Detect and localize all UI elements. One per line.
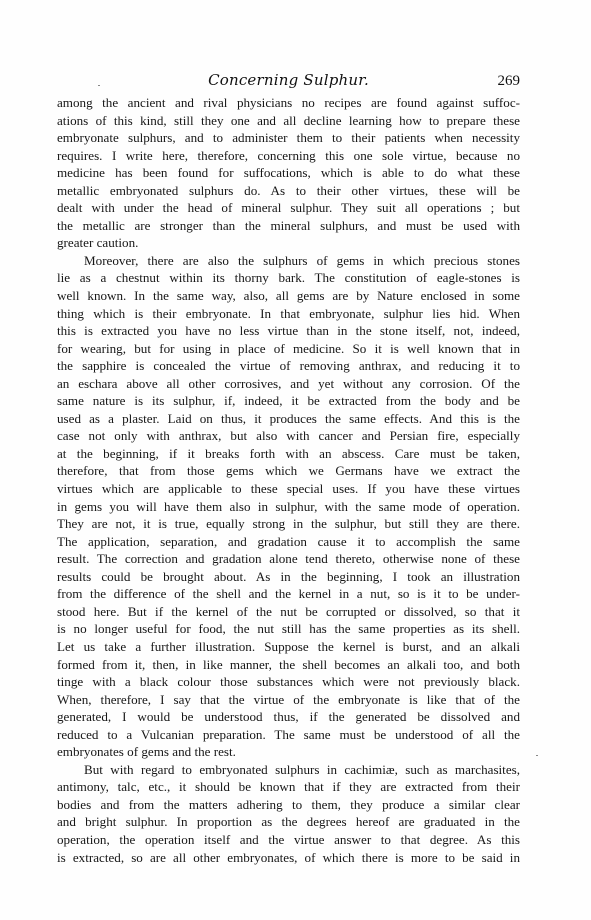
text-line: for wearing, but for using in place of m…	[57, 340, 520, 358]
text-line: from the difference of the shell and the…	[57, 585, 520, 603]
text-line: When, therefore, I say that the virtue o…	[57, 691, 520, 709]
book-page: Concerning Sulphur. 269 among the ancien…	[0, 0, 591, 920]
text-line: embryonates of gems and the rest.	[57, 743, 520, 761]
text-line: is no longer useful for food, the nut st…	[57, 620, 520, 638]
text-line: Moreover, there are also the sulphurs of…	[57, 252, 520, 270]
text-line: requires. I write here, therefore, conce…	[57, 147, 520, 165]
text-line: and bright sulphur. In proportion as the…	[57, 813, 520, 831]
text-line: is extracted, so are all other embryonat…	[57, 849, 520, 867]
text-line: metallic embryonated sulphurs do. As to …	[57, 182, 520, 200]
text-line: at the beginning, if it breaks forth wit…	[57, 445, 520, 463]
text-line: in gems you will have them also in sulph…	[57, 498, 520, 516]
text-line: results could be brought about. As in th…	[57, 568, 520, 586]
text-line: medicine has been found for suffocations…	[57, 164, 520, 182]
text-line: The application, separation, and gradati…	[57, 533, 520, 551]
text-line: case not only with anthrax, but also wit…	[57, 427, 520, 445]
paragraph: But with regard to embryonated sulphurs …	[57, 761, 520, 866]
text-line: dealt with under the head of mineral sul…	[57, 199, 520, 217]
running-title: Concerning Sulphur.	[57, 71, 520, 89]
text-line: bodies and from the matters adhering to …	[57, 796, 520, 814]
scan-speck	[98, 85, 100, 86]
text-line: well known. In the same way, also, all g…	[57, 287, 520, 305]
text-line: stood here. But if the kernel of the nut…	[57, 603, 520, 621]
page-number: 269	[498, 73, 521, 90]
text-line: operation, the operation itself and the …	[57, 831, 520, 849]
text-line: used as a plaster. Laid on thus, it prod…	[57, 410, 520, 428]
text-line: thing which is their embryonate. In that…	[57, 305, 520, 323]
text-line: reduced to a Vulcanian preparation. The …	[57, 726, 520, 744]
text-line: embryonate sulphurs, and to administer t…	[57, 129, 520, 147]
text-line: same nature is its sulphur, if, indeed, …	[57, 392, 520, 410]
text-line: greater caution.	[57, 234, 520, 252]
text-line: formed from it, then, in like manner, th…	[57, 656, 520, 674]
text-line: generated, I would be understood thus, i…	[57, 708, 520, 726]
paragraph: Moreover, there are also the sulphurs of…	[57, 252, 520, 761]
text-line: the sapphire is concealed the virtue of …	[57, 357, 520, 375]
text-line: result. The correction and gradation alo…	[57, 550, 520, 568]
text-line: this is extracted you have no less virtu…	[57, 322, 520, 340]
text-line: antimony, talc, etc., it should be known…	[57, 778, 520, 796]
text-line: virtues which are applicable to these sp…	[57, 480, 520, 498]
text-line: the metallic are stronger than the miner…	[57, 217, 520, 235]
text-line: Let us take a further illustration. Supp…	[57, 638, 520, 656]
paragraph: among the ancient and rival physicians n…	[57, 94, 520, 252]
text-line: But with regard to embryonated sulphurs …	[57, 761, 520, 779]
text-line: lie as a chestnut within its thorny bark…	[57, 269, 520, 287]
body-text: among the ancient and rival physicians n…	[57, 94, 520, 866]
text-line: They are not, it is true, equally strong…	[57, 515, 520, 533]
text-line: therefore, that from those gems which we…	[57, 462, 520, 480]
text-line: an eschara above all other corrosives, a…	[57, 375, 520, 393]
scan-speck	[536, 755, 538, 756]
text-line: tinge with a black colour those substanc…	[57, 673, 520, 691]
text-line: ations of this kind, still they one and …	[57, 112, 520, 130]
running-head: Concerning Sulphur. 269	[57, 71, 520, 91]
text-line: among the ancient and rival physicians n…	[57, 94, 520, 112]
